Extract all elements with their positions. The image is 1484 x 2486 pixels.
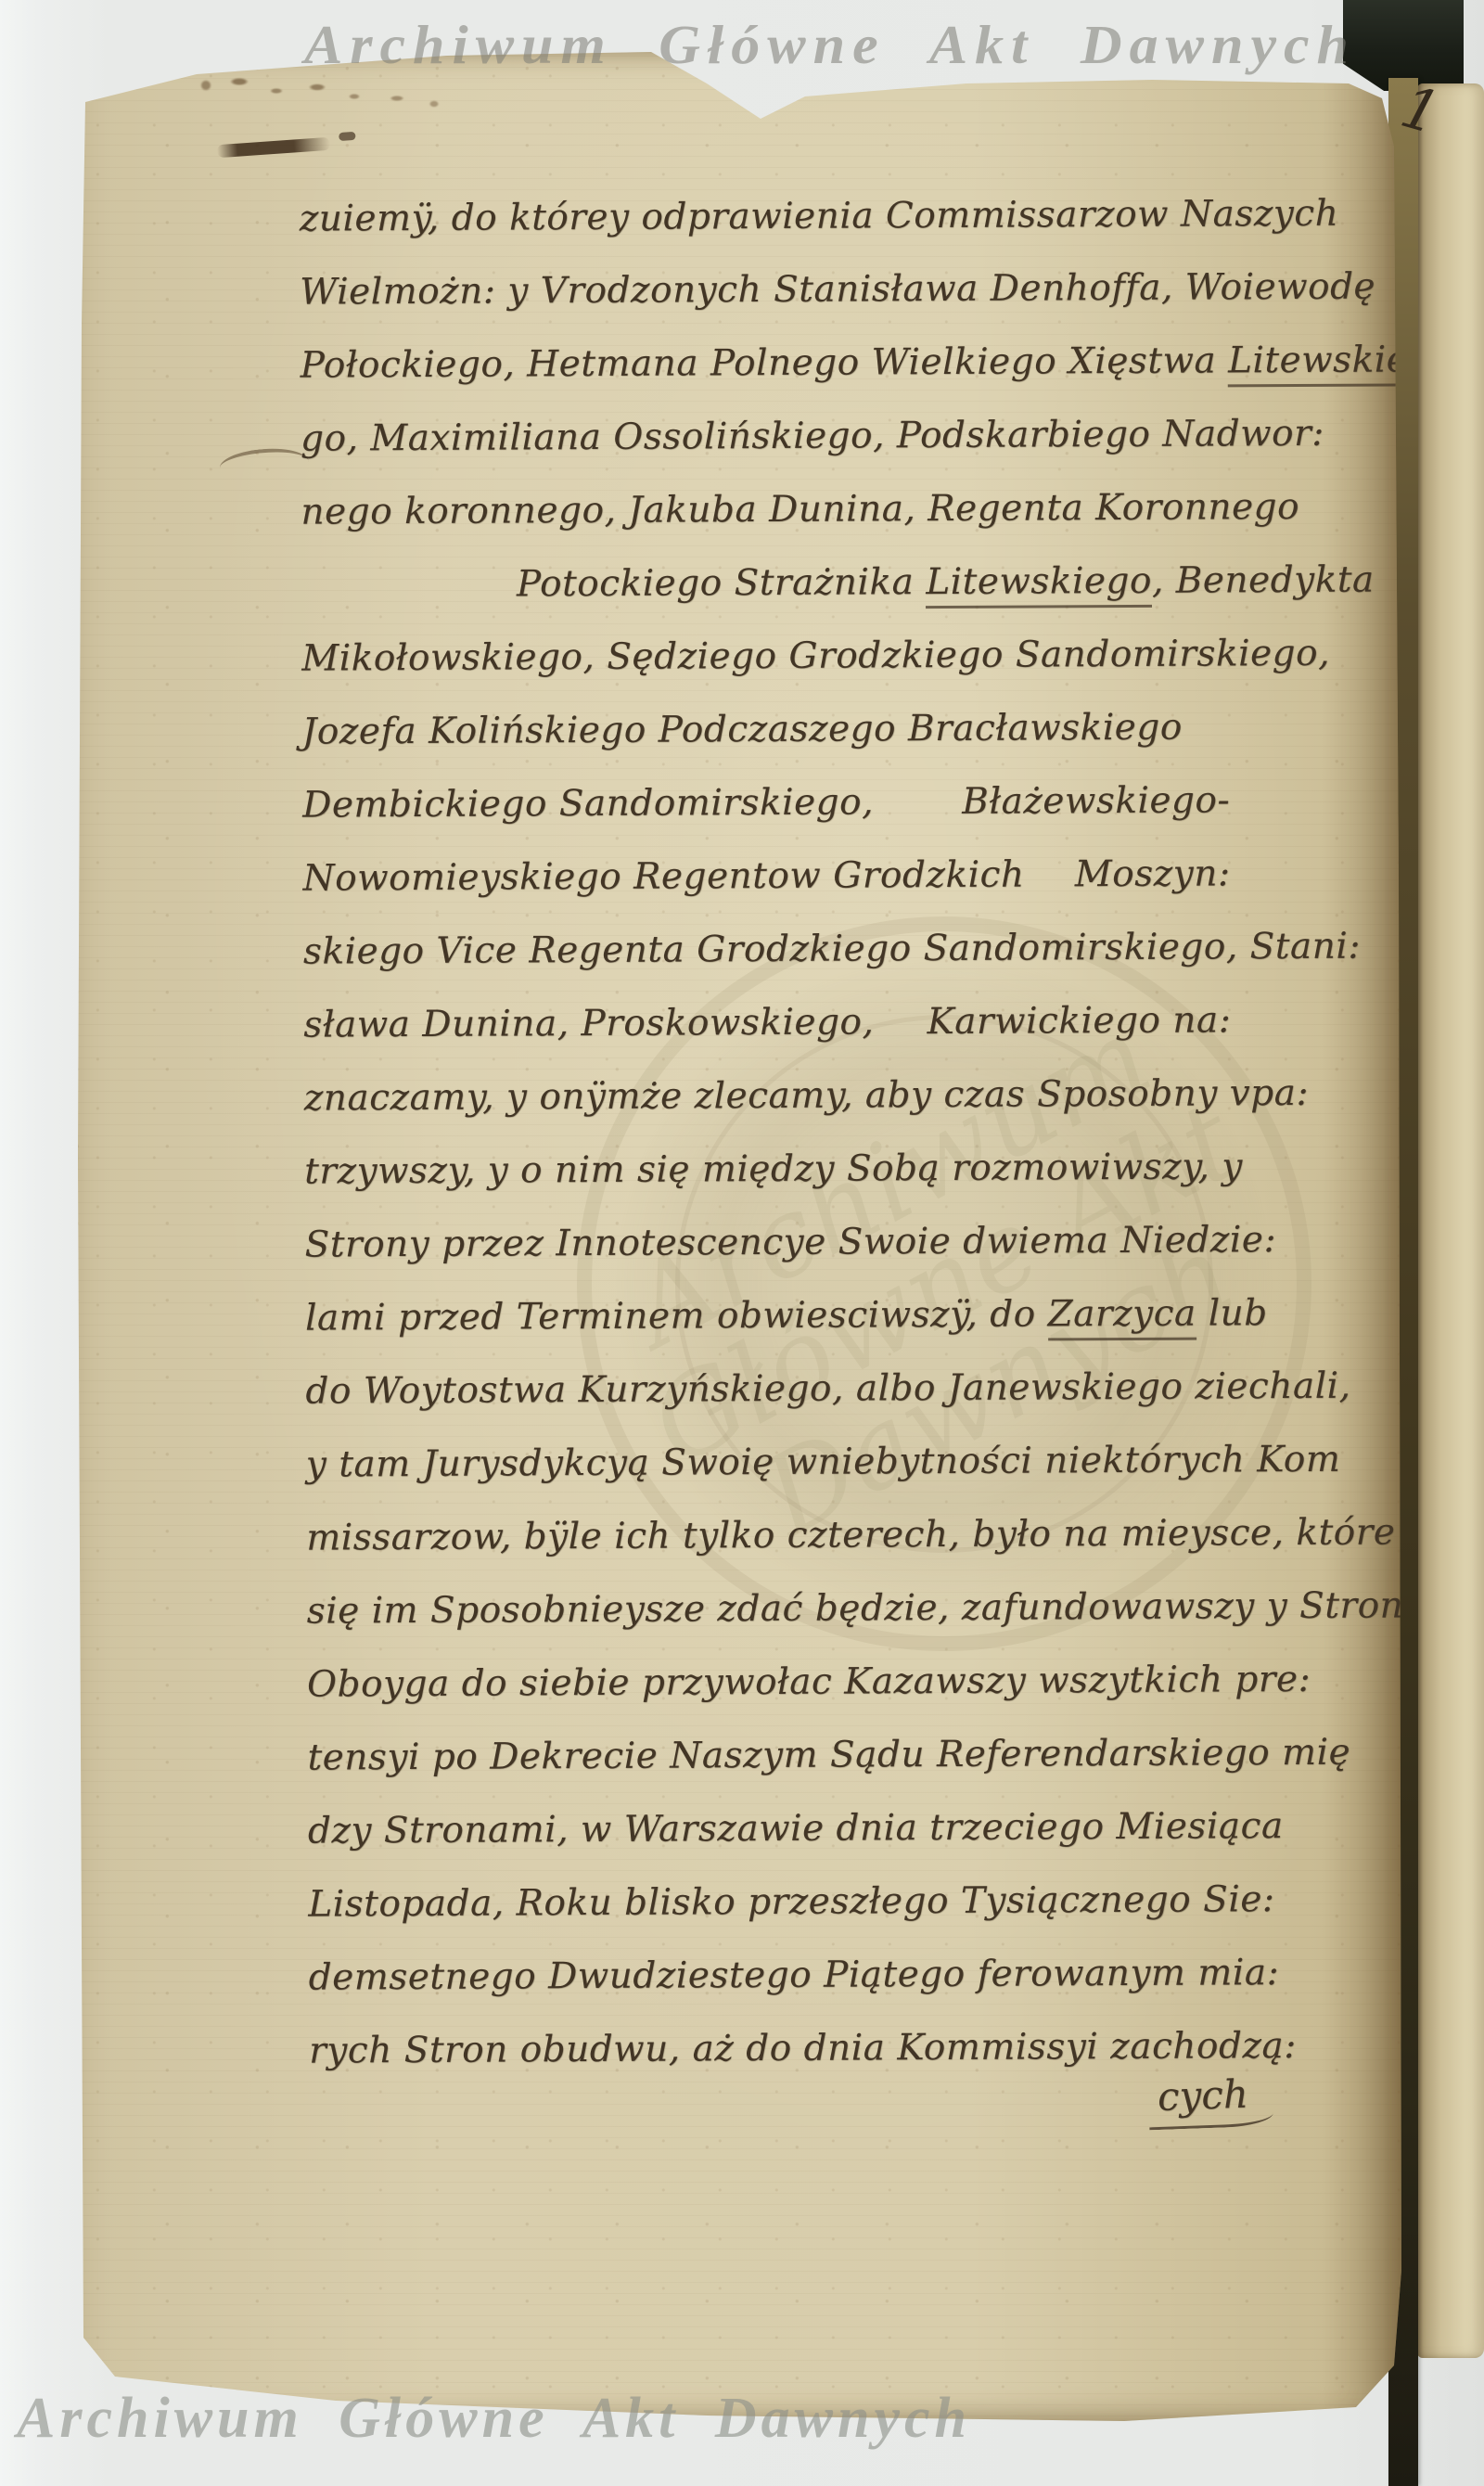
manuscript-line-segment: rych Stron obudwu, aż do dnia Kommissyi … — [309, 2025, 1297, 2072]
manuscript-line-segment: go, Maximiliana Ossolińskiego, Podskarbi… — [301, 413, 1324, 460]
manuscript-line: tensyi po Dekrecie Naszym Sądu Referenda… — [307, 1720, 1238, 1798]
manuscript-line: demsetnego Dwudziestego Piątego ferowany… — [309, 1940, 1240, 2018]
manuscript-line-segment: Mikołowskiego, Sędziego Grodzkiego Sando… — [301, 633, 1330, 680]
manuscript-line-segment: Potockiego Strażnika — [517, 561, 927, 605]
manuscript-line: do Woytostwa Kurzyńskiego, albo Janewski… — [305, 1353, 1236, 1431]
manuscript-line: Dembickiego Sandomirskiego,Błażewskiego- — [302, 767, 1234, 845]
manuscript-line: lami przed Terminem obwiesciwszÿ, do Zar… — [305, 1280, 1236, 1358]
manuscript-line: Połockiego, Hetmana Polnego Wielkiego Xi… — [300, 327, 1231, 405]
manuscript-line: dzy Stronami, w Warszawie dnia trzeciego… — [308, 1793, 1239, 1871]
manuscript-line: skiego Vice Regenta Grodzkiego Sandomirs… — [303, 914, 1235, 992]
manuscript-line-segment: Wielmożn: y Vrodzonych Stanisława Denhof… — [300, 266, 1375, 314]
manuscript-page: Archiwum Główne Akt Dawnych zuiemÿ, do k… — [58, 45, 1402, 2425]
catchword: cych — [1147, 2070, 1273, 2121]
manuscript-line-segment: missarzow, bÿle ich tylko czterech, było… — [306, 1511, 1395, 1558]
manuscript-line-segment: Jozefa Kolińskiego Podczaszego Bracławsk… — [302, 707, 1183, 753]
manuscript-line-segment: do Woytostwa Kurzyńskiego, albo Janewski… — [305, 1365, 1350, 1413]
manuscript-line-segment: Moszyn: — [1075, 840, 1231, 915]
manuscript-line-segment: Litewskiego — [926, 560, 1152, 609]
manuscript-line: Nowomieyskiego Regentow GrodzkichMoszyn: — [302, 840, 1234, 918]
manuscript-line: y tam Jurysdykcyą Swoię wniebytności nie… — [306, 1427, 1237, 1505]
ink-smudge — [217, 137, 331, 158]
manuscript-line: rych Stron obudwu, aż do dnia Kommissyi … — [309, 2013, 1240, 2091]
manuscript-line: zuiemÿ, do którey odprawienia Commissarz… — [300, 181, 1231, 259]
manuscript-line-segment: Połockiego, Hetmana Polnego Wielkiego Xi… — [301, 340, 1229, 386]
manuscript-line: się im Sposobnieysze zdać będzie, zafund… — [306, 1573, 1237, 1651]
manuscript-line-segment: zuiemÿ, do którey odprawienia Commissarz… — [300, 193, 1339, 240]
manuscript-line-segment: Nowomieyskiego Regentow Grodzkich — [302, 842, 1024, 919]
manuscript-line-segment: nego koronnego, Jakuba Dunina, Regenta K… — [301, 486, 1299, 533]
manuscript-line: Listopada, Roku blisko przeszłego Tysiąc… — [308, 1866, 1239, 1944]
manuscript-line: znaczamy, y onÿmże zlecamy, aby czas Spo… — [304, 1060, 1235, 1138]
manuscript-line-segment: trzywszy, y o nim się między Sobą rozmow… — [304, 1146, 1243, 1192]
manuscript-line: nego koronnego, Jakuba Dunina, Regenta K… — [301, 474, 1232, 552]
manuscript-line-segment: sława Dunina, Proskowskiego, — [303, 989, 874, 1065]
manuscript-line: Oboyga do siebie przywołac Kazawszy wszy… — [307, 1647, 1238, 1724]
manuscript-line: sława Dunina, Proskowskiego,Karwickiego … — [303, 987, 1235, 1065]
ink-squiggle — [218, 444, 310, 485]
manuscript-line-segment: lub — [1196, 1292, 1268, 1334]
manuscript-line-segment: się im Sposobnieysze zdać będzie, zafund… — [307, 1584, 1404, 1632]
manuscript-line: Strony przez Innotescencye Swoie dwiema … — [304, 1207, 1235, 1285]
manuscript-line: Jozefa Kolińskiego Podczaszego Bracławsk… — [302, 694, 1234, 772]
manuscript-line-segment: y tam Jurysdykcyą Swoię wniebytności nie… — [306, 1439, 1341, 1486]
catchword-label: cych — [1147, 2070, 1273, 2131]
manuscript-line-segment: , Benedykta — [1152, 559, 1375, 602]
manuscript-line-segment: Dembickiego Sandomirskiego, — [302, 769, 874, 845]
manuscript-line: missarzow, bÿle ich tylko czterech, było… — [306, 1500, 1237, 1578]
manuscript-line-segment: Zarzyca — [1047, 1293, 1196, 1341]
manuscript-line-segment: Litewskie — [1228, 339, 1408, 387]
manuscript-text: zuiemÿ, do którey odprawienia Commissarz… — [300, 181, 1241, 2091]
manuscript-line: Potockiego Strażnika Litewskiego, Benedy… — [301, 547, 1233, 625]
manuscript-line: trzywszy, y o nim się między Sobą rozmow… — [304, 1134, 1235, 1211]
archive-watermark-top: Archiwum Główne Akt Dawnych — [304, 14, 1356, 77]
manuscript-line-segment: demsetnego Dwudziestego Piątego ferowany… — [309, 1952, 1280, 1998]
adjacent-page-edge — [1417, 83, 1484, 2358]
manuscript-line-segment: Oboyga do siebie przywołac Kazawszy wszy… — [307, 1659, 1311, 1706]
manuscript-line-segment: lami przed Terminem obwiesciwszÿ, do — [305, 1293, 1048, 1339]
manuscript-line: Wielmożn: y Vrodzonych Stanisława Denhof… — [300, 254, 1231, 332]
manuscript-line: Mikołowskiego, Sędziego Grodzkiego Sando… — [301, 621, 1233, 698]
manuscript-line-segment: znaczamy, y onÿmże zlecamy, aby czas Spo… — [304, 1072, 1310, 1120]
archive-watermark-bottom: Archiwum Główne Akt Dawnych — [17, 2386, 971, 2452]
manuscript-line-segment: Strony przez Innotescencye Swoie dwiema … — [304, 1219, 1276, 1265]
manuscript-line-segment: skiego Vice Regenta Grodzkiego Sandomirs… — [303, 926, 1361, 973]
manuscript-line-segment: Karwickiego na: — [927, 987, 1231, 1062]
manuscript-line: go, Maximiliana Ossolińskiego, Podskarbi… — [301, 401, 1232, 479]
manuscript-line-segment: tensyi po Dekrecie Naszym Sądu Referenda… — [307, 1732, 1350, 1779]
manuscript-line-segment: Błażewskiego- — [962, 767, 1230, 842]
manuscript-line-segment: dzy Stronami, w Warszawie dnia trzeciego… — [308, 1805, 1284, 1852]
manuscript-line-segment: Listopada, Roku blisko przeszłego Tysiąc… — [308, 1878, 1274, 1925]
